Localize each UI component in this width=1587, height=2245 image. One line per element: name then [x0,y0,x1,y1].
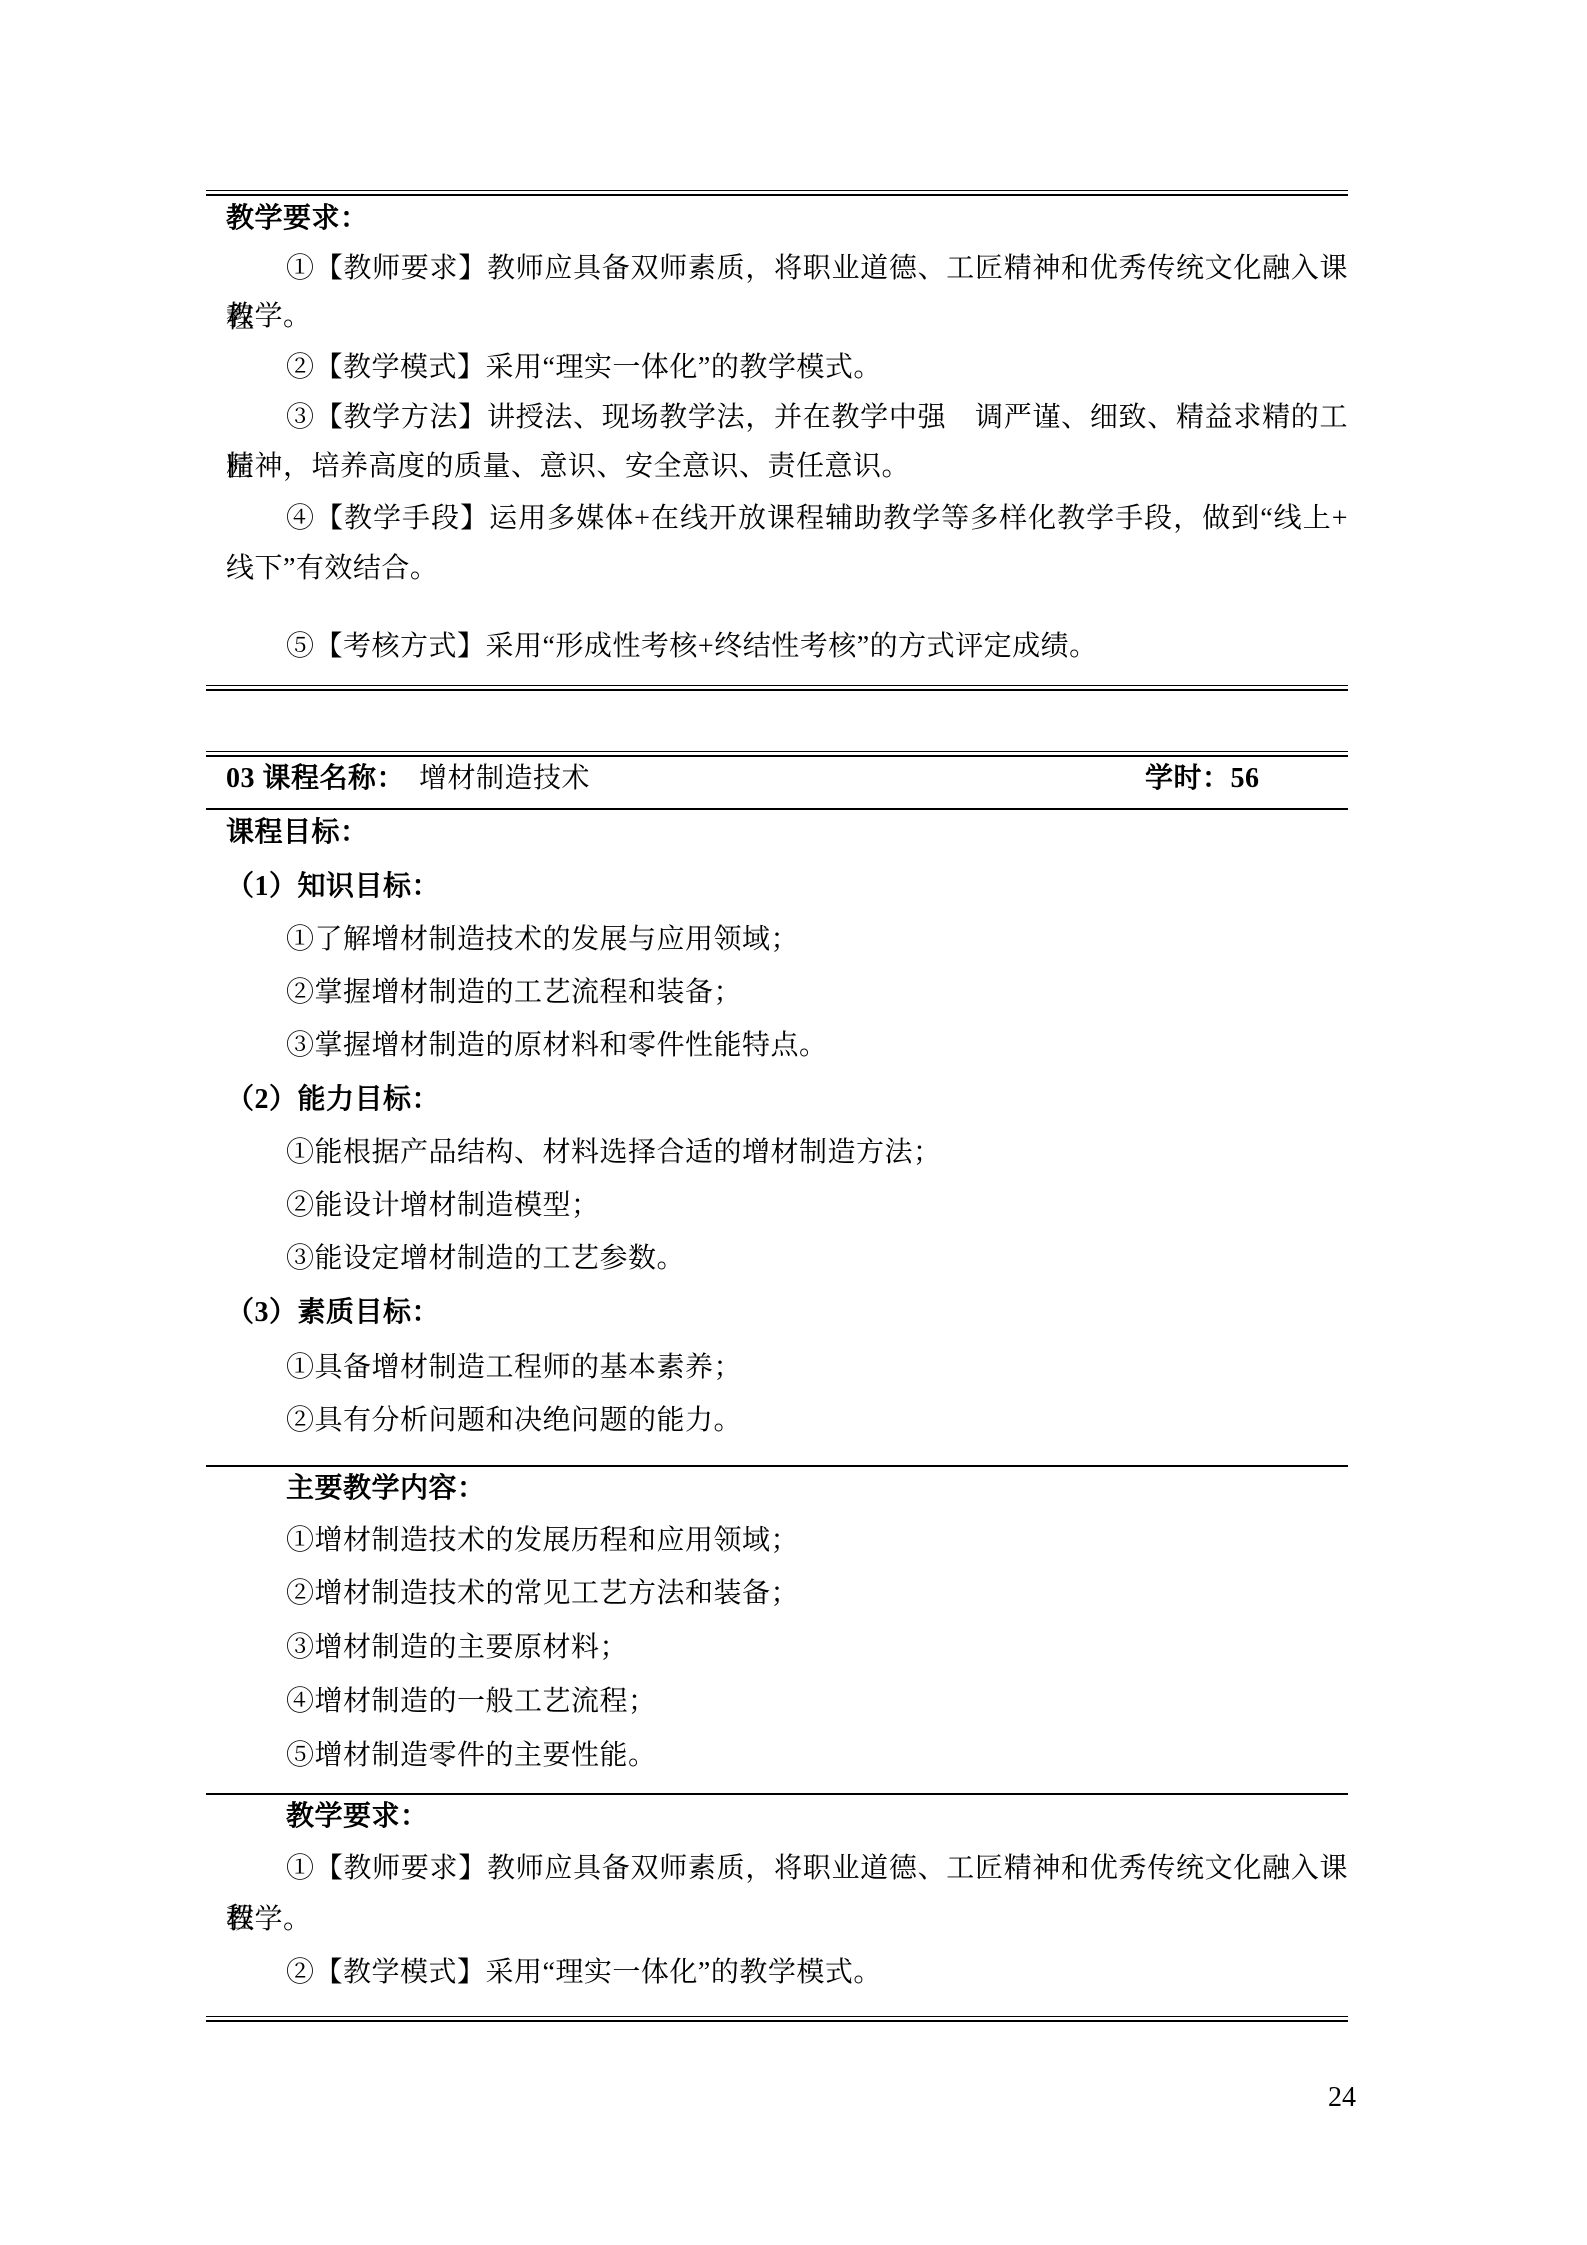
ability-goals-heading: （2）能力目标： [226,1075,440,1125]
main-content-item: ②增材制造技术的常见工艺方法和装备； [226,1569,799,1619]
main-content-item: ⑤增材制造零件的主要性能。 [226,1731,657,1781]
main-content-item: ①增材制造技术的发展历程和应用领域； [226,1516,799,1566]
teaching-req-line: ②【教学模式】采用“理实一体化”的教学模式。 [226,343,882,393]
quality-goal-item: ②具有分析问题和决绝问题的能力。 [226,1396,742,1446]
page-number: 24 [1328,2073,1356,2123]
main-content-item: ③增材制造的主要原材料； [226,1623,628,1673]
document-page: 教学要求： ①【教师要求】教师应具备双师素质，将职业道德、工匠精神和优秀传统文化… [0,0,1587,2245]
teaching-req-heading: 教学要求： [226,1792,429,1842]
teaching-req-line: 教学。 [226,292,312,342]
course-hours: 学时：56 [1145,754,1260,804]
main-content-item: ④增材制造的一般工艺流程； [226,1677,657,1727]
knowledge-goal-item: ②掌握增材制造的工艺流程和装备； [226,968,742,1018]
teaching-req-line: ⑤【考核方式】采用“形成性考核+终结性考核”的方式评定成绩。 [226,622,1098,672]
section-divider-single [206,808,1348,810]
section-divider-double-top [206,190,1348,196]
quality-goals-heading: （3）素质目标： [226,1288,440,1338]
teaching-req-line: ④【教学手段】运用多媒体+在线开放课程辅助教学等多样化教学手段，做到“线上+ [226,494,1348,544]
teaching-req-line: 教学。 [226,1895,312,1945]
main-content-heading: 主要教学内容： [226,1464,486,1514]
teaching-req-heading-prev: 教学要求： [226,194,369,244]
objectives-heading: 课程目标： [226,808,369,858]
teaching-req-line: ①【教师要求】教师应具备双师素质，将职业道德、工匠精神和优秀传统文化融入课程 [226,244,1348,344]
ability-goal-item: ③能设定增材制造的工艺参数。 [226,1234,685,1284]
teaching-req-line: ②【教学模式】采用“理实一体化”的教学模式。 [226,1948,882,1998]
knowledge-goal-item: ③掌握增材制造的原材料和零件性能特点。 [226,1021,828,1071]
section-divider-double-bottom [206,2016,1348,2022]
knowledge-goal-item: ①了解增材制造技术的发展与应用领域； [226,915,799,965]
course-header-row: 03 课程名称：增材制造技术 [226,754,590,804]
ability-goal-item: ①能根据产品结构、材料选择合适的增材制造方法； [226,1128,942,1178]
teaching-req-line: 精神，培养高度的质量、意识、安全意识、责任意识。 [226,442,910,492]
section-divider-double-course-end [206,685,1348,691]
knowledge-goals-heading: （1）知识目标： [226,862,440,912]
ability-goal-item: ②能设计增材制造模型； [226,1181,600,1231]
course-number-label: 03 课程名称： [226,763,405,794]
teaching-req-line: ①【教师要求】教师应具备双师素质，将职业道德、工匠精神和优秀传统文化融入课程 [226,1844,1348,1944]
course-name: 增材制造技术 [419,763,590,794]
quality-goal-item: ①具备增材制造工程师的基本素养； [226,1343,742,1393]
teaching-req-line: 线下”有效结合。 [226,544,438,594]
